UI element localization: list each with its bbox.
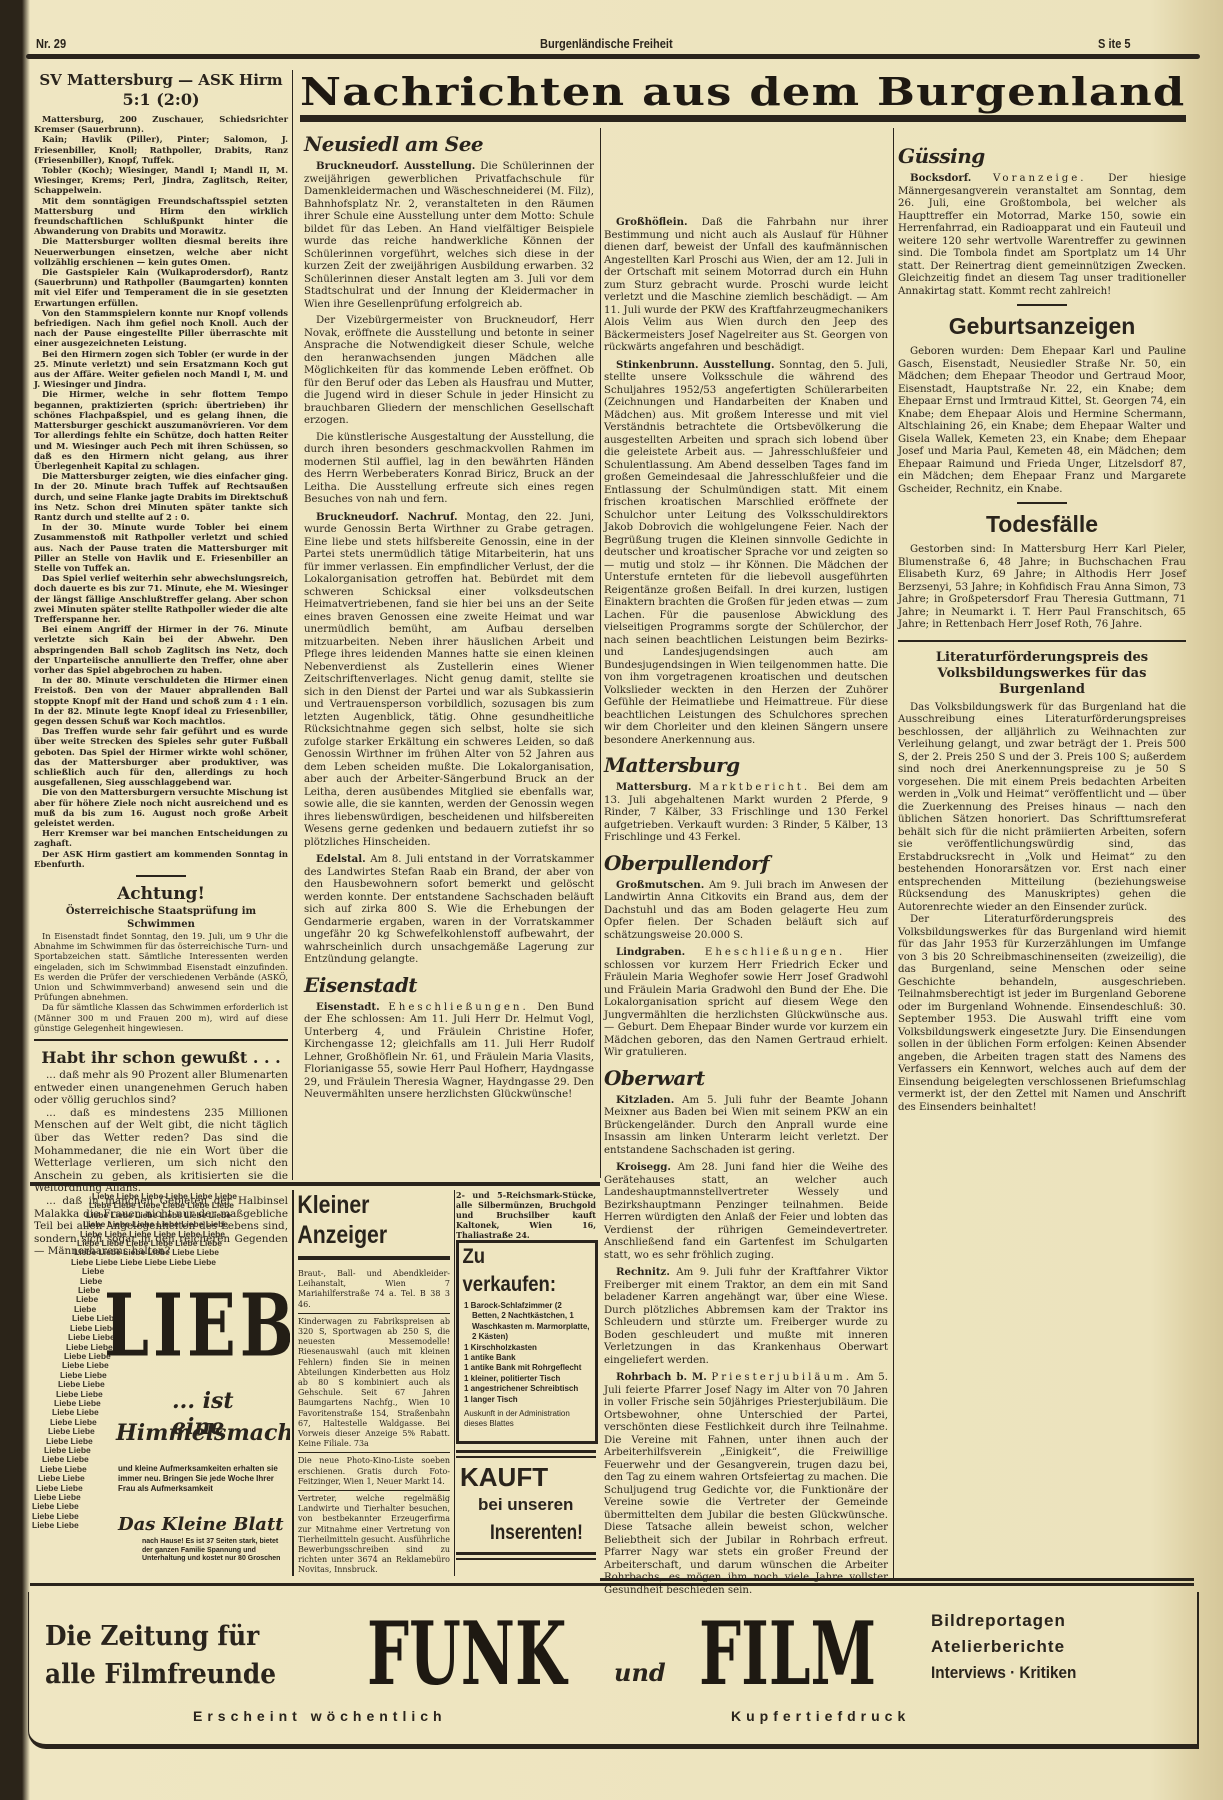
liebe-body: und kleine Aufmerksamkeiten erhalten sie… [118, 1464, 278, 1494]
issue-number: Nr. 29 [36, 36, 66, 51]
eisenstadt-continued: Großhöflein. Daß die Fahrbahn nur ihrer … [604, 212, 888, 1597]
paper-name: Burgenländische Freiheit [540, 36, 673, 51]
article-text: Hier schlossen vor kurzem Herr Friedrich… [604, 947, 888, 1058]
section-rule [600, 1578, 1194, 1581]
article: Edelstal. Am 8. Juli entstand in der Vor… [304, 853, 594, 967]
article-text: Die Schülerinnen der zweijährigen gewerb… [304, 161, 594, 310]
deaths-title: Todesfälle [898, 510, 1186, 538]
article-text: Daß die Fahrbahn nur ihrer Bestimmung un… [604, 217, 888, 353]
paragraph: Das Treffen wurde sehr fair geführt und … [34, 726, 288, 787]
article: Kitzladen. Am 5. Juli fuhr der Beamte Jo… [604, 1094, 888, 1158]
kauft-line3: Inserenten! [490, 1520, 583, 1546]
sale-item: 1 kleiner, politierter Tisch [464, 1374, 590, 1384]
achtung-title: Achtung! [34, 883, 288, 905]
classified-ad: Kinderwagen zu Fabrikspreisen ab 320 S, … [298, 1313, 450, 1453]
deaths-text: Gestorben sind: In Mattersburg Herr Karl… [898, 544, 1186, 632]
article-text: Der Vizebürgermeister von Bruckneudorf, … [304, 315, 594, 426]
ff-film: FILM [699, 1606, 876, 1703]
divider [1017, 502, 1067, 504]
article: Kroisegg. Am 28. Juni fand hier die Weih… [604, 1161, 888, 1262]
article-text: Sonntag, den 5. Juli, stellte unsere Vol… [604, 360, 888, 746]
sale-item: 1 angestrichener Schreibtisch [464, 1384, 590, 1394]
ff-right-line1: Bildreportagen [931, 1610, 1066, 1632]
article: Die künstlerische Ausgestaltung der Auss… [304, 432, 594, 507]
column-rule [893, 128, 894, 1578]
neusiedl-body: Bruckneudorf. Ausstellung. Die Schülerin… [304, 160, 594, 967]
divider [298, 1256, 450, 1260]
article-text: Die künstlerische Ausgestaltung der Auss… [304, 432, 594, 506]
mattersburg-article: Mattersburg. Marktbericht. Bei dem am 13… [604, 781, 888, 845]
oberwart-body: Kitzladen. Am 5. Juli fuhr der Beamte Jo… [604, 1094, 888, 1598]
liebe-ad: Liebe Liebe Liebe Liebe Liebe LiebeLiebe… [32, 1192, 290, 1572]
paragraph: Bei den Hirmern zogen sich Tobler (er wu… [34, 349, 288, 390]
article-text: Am 8. Juli entstand in der Vorratskammer… [304, 854, 594, 965]
paragraph: Tobler (Koch); Wiesinger, Mandl I; Mandl… [34, 165, 288, 196]
article-text: Am 5. Juli feierte Pfarrer Josef Nagy im… [604, 1372, 888, 1596]
article: Rechnitz. Am 9. Juli fuhr der Kraftfahre… [604, 1266, 888, 1367]
funk-und-film-ad: Die Zeitung für alle Filmfreunde FUNK un… [28, 1592, 1199, 1749]
guessing-article: Bocksdorf. Voranzeige. Der hiesige Männe… [898, 172, 1186, 298]
masthead-title: Nachrichten aus dem Burgenland [300, 70, 1185, 114]
liebe-headline: LIEBE [104, 1280, 290, 1375]
sport-title: SV Mattersburg — ASK Hirm [34, 70, 288, 90]
paragraph: Herr Kremser war bei manchen Entscheidun… [34, 828, 288, 848]
region-heading-eisenstadt: Eisenstadt [304, 973, 594, 997]
article-lead: Großhöflein. [616, 216, 688, 228]
paragraph: Der Literaturförderungspreis des Volksbi… [898, 914, 1186, 1114]
masthead-rule [300, 115, 1186, 122]
kauft-line2: bei unseren [478, 1494, 573, 1516]
gewusst-title: Habt ihr schon gewußt . . . [34, 1047, 288, 1069]
ff-und: und [614, 1658, 666, 1687]
article-lead: Kitzladen. [616, 1094, 674, 1106]
liebe-row: Liebe Liebe Liebe Liebe Liebe Liebe [32, 1258, 290, 1267]
divider [34, 1039, 288, 1041]
paragraph: Die Mattersburger wollten diesmal bereit… [34, 236, 288, 267]
paragraph: In Eisenstadt findet Sonntag, den 19. Ju… [34, 931, 288, 1002]
sport-score: 5:1 (2:0) [34, 90, 288, 110]
article: Der Vizebürgermeister von Bruckneudorf, … [304, 315, 594, 428]
article: Rohrbach b. M. Priesterjubiläum. Am 5. J… [604, 1371, 888, 1597]
zu-verkaufen-title: Zu verkaufen: [459, 1243, 579, 1299]
liebe-footer: nach Hause! Es ist 37 Seiten stark, biet… [142, 1538, 282, 1564]
oberpullendorf-body: Großmutschen. Am 9. Juli brach im Anwese… [604, 879, 888, 1060]
region-heading-mattersburg: Mattersburg [604, 753, 888, 777]
paragraph: Die Hirmer, welche in sehr flottem Tempo… [34, 389, 288, 471]
article-lead: Stinkenbrunn. Ausstellung. [616, 359, 775, 371]
sale-items: 1 Barock-Schlafzimmer (2 Betten, 2 Nacht… [459, 1299, 595, 1407]
neusiedl-section: Neusiedl am See Bruckneudorf. Ausstellun… [304, 126, 594, 1102]
newspaper-page: Nr. 29 Burgenländische Freiheit S ite 5 … [0, 0, 1223, 1800]
article: Stinkenbrunn. Ausstellung. Sonntag, den … [604, 359, 888, 748]
sale-item: 1 antike Bank [464, 1353, 590, 1363]
section-rule [30, 1583, 1194, 1586]
article-lead: Rechnitz. [616, 1266, 670, 1278]
ff-bottom-left: Erscheint wöchentlich [193, 1708, 447, 1724]
classified-ad: Vertreter, welche regelmäßig Landwirte u… [298, 1490, 450, 1579]
article-lead: Rohrbach b. M. [616, 1371, 707, 1383]
sale-item: 1 Kirschholzkasten [464, 1343, 590, 1353]
article-kicker: Eheschließungen. [705, 947, 845, 958]
paragraph: Das Spiel verlief weiterhin sehr abwechs… [34, 573, 288, 624]
paragraph: Bei einem Angriff der Hirmer in der 76. … [34, 624, 288, 675]
right-column: Güssing Bocksdorf. Voranzeige. Der hiesi… [898, 138, 1186, 1114]
article-text: Montag, den 22. Juni, wurde Genossin Ber… [304, 512, 594, 848]
paragraph: Mattersburg, 200 Zuschauer, Schiedsricht… [34, 114, 288, 134]
kleiner-anzeiger-title: Kleiner Anzeiger [294, 1190, 430, 1250]
divider [136, 875, 186, 877]
paragraph: Kain; Havlik (Piller), Pinter; Salomon, … [34, 134, 288, 165]
eisenstadt-article: Eisenstadt. Eheschließungen. Den Bund de… [304, 1001, 594, 1102]
article: Großhöflein. Daß die Fahrbahn nur ihrer … [604, 216, 888, 355]
ff-left-line1: Die Zeitung für [45, 1620, 259, 1654]
article: Großmutschen. Am 9. Juli brach im Anwese… [604, 879, 888, 943]
article-text: Am 28. Juni fand hier die Weihe des Gerä… [604, 1162, 888, 1261]
sport-body: Mattersburg, 200 Zuschauer, Schiedsricht… [34, 114, 288, 869]
literature-body: Das Volksbildungswerk für das Burgenland… [898, 702, 1186, 1115]
liebe-line3: Himmelsmacht [116, 1420, 290, 1446]
ff-funk: FUNK [367, 1606, 566, 1703]
paragraph: Mit dem sonntägigen Freundschaftsspiel s… [34, 196, 288, 237]
sale-item: 1 Barock-Schlafzimmer (2 Betten, 2 Nacht… [464, 1301, 590, 1343]
sale-item: 1 langer Tisch [464, 1395, 590, 1405]
article-kicker: Priesterjubiläum. [711, 1372, 852, 1383]
births-title: Geburtsanzeigen [898, 312, 1186, 340]
paragraph: Der ASK Hirm gastiert am kommenden Sonnt… [34, 849, 288, 869]
article-lead: Großmutschen. [616, 879, 704, 891]
article-lead: Bruckneudorf. Nachruf. [316, 511, 458, 523]
divider [456, 1450, 596, 1453]
article: Bruckneudorf. Ausstellung. Die Schülerin… [304, 160, 594, 311]
zu-verkaufen-box: Zu verkaufen: 1 Barock-Schlafzimmer (2 B… [456, 1240, 598, 1444]
article: Lindgraben. Eheschließungen. Hier schlos… [604, 946, 888, 1060]
paragraph: In der 80. Minute verschuldeten die Hirm… [34, 675, 288, 726]
paragraph: Von den Stammspielern konnte nur Knopf v… [34, 308, 288, 349]
column-rule [292, 70, 293, 1180]
classified-ads: Braut-, Ball- und Abendkleider-Leihansta… [294, 1266, 454, 1579]
ff-right-line3: Interviews · Kritiken [931, 1662, 1076, 1684]
region-heading-neusiedl: Neusiedl am See [304, 132, 594, 156]
paragraph: Das Volksbildungswerk für das Burgenland… [898, 702, 1186, 915]
eisenstadt-articles: Großhöflein. Daß die Fahrbahn nur ihrer … [604, 216, 888, 747]
births-text: Geboren wurden: Dem Ehepaar Karl und Pau… [898, 346, 1186, 496]
region-heading-oberwart: Oberwart [604, 1066, 888, 1090]
paragraph: Die Mattersburger zeigten, wie dies einf… [34, 471, 288, 522]
divider [1017, 304, 1067, 306]
region-heading-oberpullendorf: Oberpullendorf [604, 851, 888, 875]
article: Bruckneudorf. Nachruf. Montag, den 22. J… [304, 511, 594, 850]
ff-bottom-right: Kupfertiefdruck [731, 1708, 910, 1724]
divider [456, 1552, 596, 1555]
classified-ad: Braut-, Ball- und Abendkleider-Leihansta… [298, 1266, 450, 1313]
ff-right-line2: Atelierberichte [931, 1636, 1065, 1658]
ff-left-line2: alle Filmfreunde [45, 1658, 276, 1692]
sale-note: Auskunft in der Administration dieses Bl… [459, 1407, 595, 1431]
header-rule [26, 54, 1200, 59]
paragraph: Die von den Mattersburgern versuchte Mis… [34, 787, 288, 828]
kleine-blatt-logo: Das Kleine Blatt [118, 1514, 284, 1535]
paragraph: Da für sämtliche Klassen das Schwimmen e… [34, 1002, 288, 1033]
sport-article: SV Mattersburg — ASK Hirm 5:1 (2:0) Matt… [34, 70, 288, 1258]
region-heading-guessing: Güssing [898, 144, 1186, 168]
article-lead: Kroisegg. [616, 1161, 671, 1173]
kleiner-anzeiger: Kleiner Anzeiger Braut-, Ball- und Abend… [292, 1190, 455, 1576]
achtung-body: In Eisenstadt findet Sonntag, den 19. Ju… [34, 931, 288, 1033]
kauft-line1: KAUFT [460, 1462, 548, 1492]
paragraph: In der 30. Minute wurde Tobler bei einem… [34, 522, 288, 573]
article-text: Am 9. Juli fuhr der Kraftfahrer Viktor F… [604, 1267, 888, 1366]
article-lead: Lindgraben. [616, 946, 685, 958]
coin-ad: 2- und 5-Reichsmark-Stücke, alle Silberm… [456, 1190, 596, 1240]
paragraph: Die Gastspieler Kain (Wulkaprodersdorf),… [34, 267, 288, 308]
column-rule [600, 128, 601, 1178]
section-rule [30, 1182, 600, 1186]
divider [456, 1558, 596, 1560]
classified-ad: Die neue Photo-Kino-Liste soeben erschie… [298, 1452, 450, 1490]
literature-title: Literaturförderungspreis des Volksbildun… [898, 650, 1186, 698]
article-lead: Bruckneudorf. Ausstellung. [316, 160, 475, 172]
achtung-subtitle: Österreichische Staatsprüfung im Schwimm… [34, 905, 288, 931]
divider [898, 640, 1186, 642]
page-number: S ite 5 [1098, 36, 1131, 51]
divider [456, 1456, 596, 1458]
paragraph: ... daß mehr als 90 Prozent aller Blumen… [34, 1069, 288, 1107]
article-lead: Edelstal. [316, 853, 366, 865]
sale-item: 1 antike Bank mit Rohrgeflecht [464, 1363, 590, 1373]
